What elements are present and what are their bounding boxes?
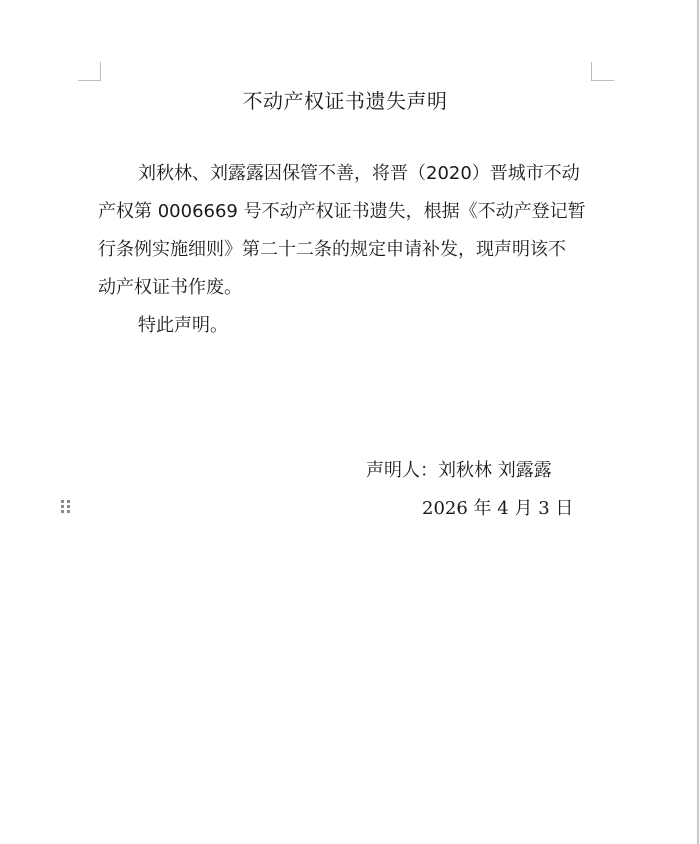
body-line[interactable]: 产权第 0006669 号不动产权证书遗失，根据《不动产登记暂 xyxy=(98,193,594,231)
closing-statement[interactable]: 特此声明。 xyxy=(98,307,594,345)
top-right-margin-mark-icon xyxy=(591,62,614,81)
body-line[interactable]: 刘秋林、刘露露因保管不善，将晋（2020）晋城市不动 xyxy=(98,155,594,193)
signature-line[interactable]: 声明人：刘秋林 刘露露 xyxy=(366,452,552,490)
top-left-margin-mark-icon xyxy=(78,62,101,81)
document-title[interactable]: 不动产权证书遗失声明 xyxy=(0,86,690,116)
document-page: 不动产权证书遗失声明 刘秋林、刘露露因保管不善，将晋（2020）晋城市不动 产权… xyxy=(0,0,697,844)
date-line[interactable]: 2026 年 4 月 3 日 xyxy=(422,490,573,528)
date-month: 4 xyxy=(497,498,508,519)
page-right-edge xyxy=(697,0,699,844)
date-day: 3 xyxy=(538,498,549,519)
date-day-unit: 日 xyxy=(555,498,573,519)
signatory-names: 刘秋林 刘露露 xyxy=(438,460,552,481)
drag-handle-icon[interactable] xyxy=(61,500,71,514)
body-line[interactable]: 动产权证书作废。 xyxy=(98,269,594,307)
body-line[interactable]: 行条例实施细则》第二十二条的规定申请补发，现声明该不 xyxy=(98,231,594,269)
date-month-unit: 月 xyxy=(514,498,532,519)
date-year-unit: 年 xyxy=(474,498,492,519)
date-year: 2026 xyxy=(422,498,468,519)
document-body[interactable]: 刘秋林、刘露露因保管不善，将晋（2020）晋城市不动 产权第 0006669 号… xyxy=(98,155,594,345)
signature-label: 声明人： xyxy=(366,460,438,481)
